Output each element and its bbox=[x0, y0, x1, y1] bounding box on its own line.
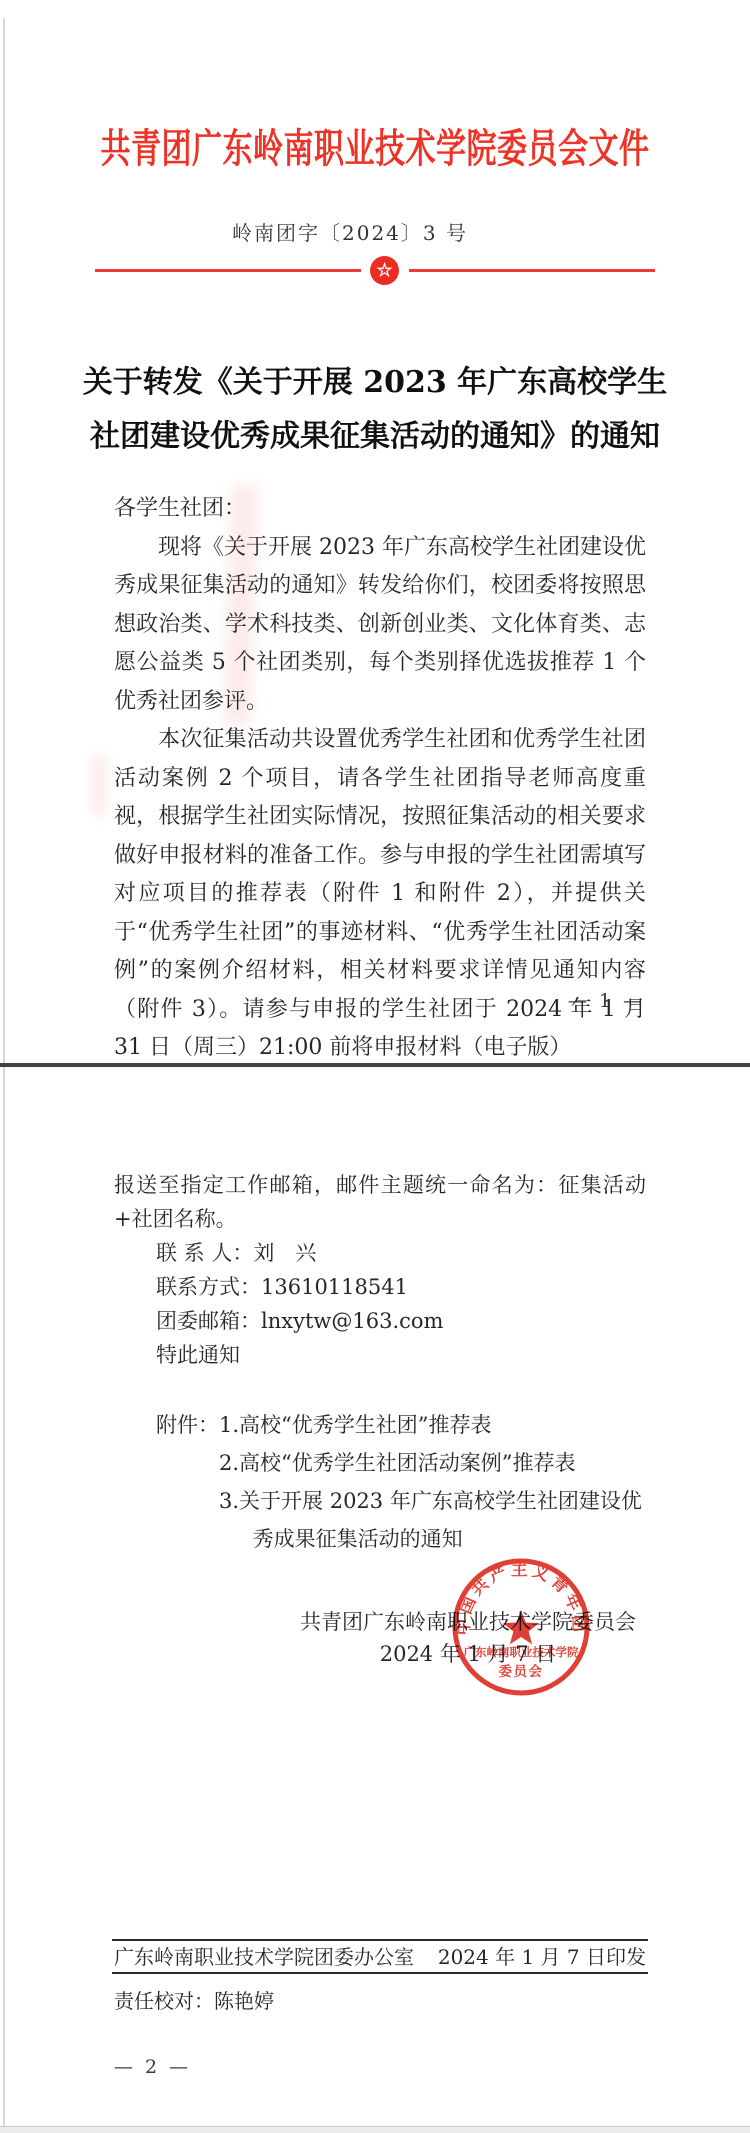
red-divider-left bbox=[95, 269, 361, 272]
scanned-official-document: { "colors": { "header_red": "#ee3226", "… bbox=[0, 0, 750, 2133]
contact-phone: 联系方式：13610118541 bbox=[114, 1270, 646, 1304]
attachments-label: 附件： bbox=[156, 1406, 219, 1444]
page-break-line bbox=[0, 1063, 750, 1067]
closing-phrase: 特此通知 bbox=[114, 1338, 646, 1372]
paragraph-2-continuation: 报送至指定工作邮箱，邮件主题统一命名为：征集活动+社团名称。 bbox=[114, 1168, 646, 1236]
footer-issue-date: 2024 年 1 月 7 日印发 bbox=[438, 1946, 646, 1968]
footer-rule-top bbox=[112, 1939, 648, 1941]
salutation: 各学生社团： bbox=[114, 490, 646, 529]
scan-left-edge bbox=[3, 18, 5, 2126]
seal-star-icon bbox=[503, 1610, 539, 1644]
page-2-number: — 2 — bbox=[114, 2056, 191, 2078]
document-title-line1: 关于转发《关于开展 2023 年广东高校学生 bbox=[0, 356, 750, 410]
footer-rule-bottom bbox=[112, 1972, 648, 1974]
page-1-number: — 1 — bbox=[0, 990, 645, 1012]
document-title-line2: 社团建设优秀成果征集活动的通知》的通知 bbox=[0, 410, 750, 464]
contact-person: 联 系 人：刘 兴 bbox=[114, 1236, 646, 1270]
attachment-item: 1.高校“优秀学生社团”推荐表 bbox=[219, 1406, 656, 1444]
attachment-item: 3.关于开展 2023 年广东高校学生社团建设优秀成果征集活动的通知 bbox=[219, 1482, 656, 1558]
proofreader-line: 责任校对：陈艳婷 bbox=[114, 1990, 274, 2012]
seal-org-line1: 广东岭南职业技术学院 bbox=[464, 1645, 579, 1659]
youth-league-emblem-icon: ★ ★ bbox=[370, 256, 399, 285]
ink-bleed-mark bbox=[92, 755, 106, 815]
document-header-title: 共青团广东岭南职业技术学院委员会文件 bbox=[0, 130, 750, 170]
document-title: 关于转发《关于开展 2023 年广东高校学生 社团建设优秀成果征集活动的通知》的… bbox=[0, 356, 750, 464]
seal-org-line2: 委员会 bbox=[499, 1663, 544, 1680]
emblem-star-red-icon: ★ bbox=[380, 256, 390, 285]
page2-body: 报送至指定工作邮箱，邮件主题统一命名为：征集活动+社团名称。 联 系 人：刘 兴… bbox=[114, 1168, 646, 1372]
contact-email: 团委邮箱：lnxytw@163.com bbox=[114, 1304, 646, 1338]
red-divider-right bbox=[409, 269, 655, 272]
document-number: 岭南团字〔2024〕3 号 bbox=[0, 217, 725, 246]
footer-office: 广东岭南职业技术学院团委办公室 bbox=[114, 1946, 414, 1968]
paragraph-2: 本次征集活动共设置优秀学生社团和优秀学生社团活动案例 2 个项目，请各学生社团指… bbox=[114, 721, 646, 1068]
page1-body: 各学生社团： 现将《关于开展 2023 年广东高校学生社团建设优秀成果征集活动的… bbox=[114, 490, 646, 1068]
footer-issuer-line: 广东岭南职业技术学院团委办公室 2024 年 1 月 7 日印发 bbox=[114, 1946, 646, 1968]
paragraph-1: 现将《关于开展 2023 年广东高校学生社团建设优秀成果征集活动的通知》转发给你… bbox=[114, 529, 646, 722]
attachment-item: 2.高校“优秀学生社团活动案例”推荐表 bbox=[219, 1444, 656, 1482]
attachments-list: 1.高校“优秀学生社团”推荐表 2.高校“优秀学生社团活动案例”推荐表 3.关于… bbox=[219, 1406, 656, 1558]
attachments-block: 附件： 1.高校“优秀学生社团”推荐表 2.高校“优秀学生社团活动案例”推荐表 … bbox=[156, 1406, 656, 1558]
scan-bottom-edge bbox=[0, 2126, 750, 2133]
official-seal: 中国共产主义青年团 广东岭南职业技术学院 委员会 bbox=[448, 1554, 594, 1700]
